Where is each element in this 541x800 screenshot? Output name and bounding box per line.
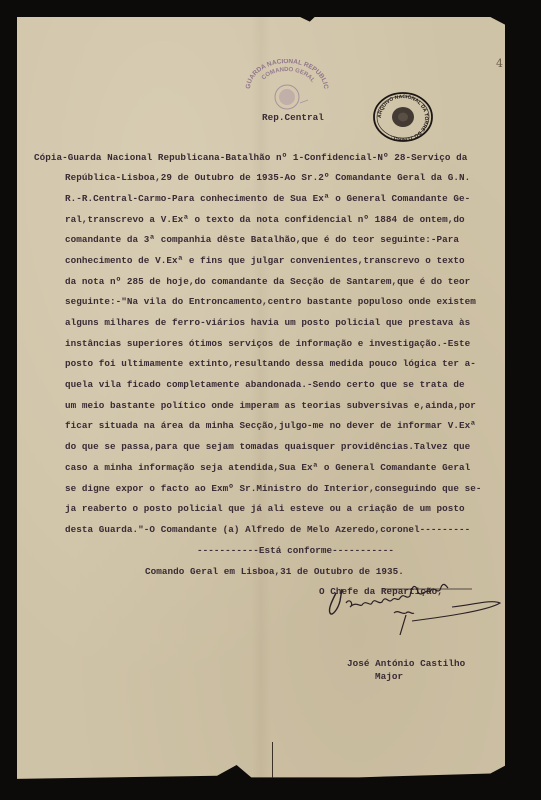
- paper-tear: [272, 742, 273, 800]
- handwritten-signature-icon: [322, 579, 507, 639]
- document-page: 4 GUARDA NACIONAL REPUBLICANA COMANDO GE…: [17, 17, 505, 785]
- body-line: comandante da 3ª companhia dêste Batalhã…: [65, 234, 459, 245]
- document-header: Rep.Central: [262, 112, 324, 123]
- conformity-line: -----------Está conforme-----------: [197, 545, 394, 556]
- body-line: caso a minha informação seja atendida,Su…: [65, 462, 470, 473]
- body-line: ja reaberto o posto policial que já ali …: [65, 503, 465, 514]
- body-line: do que se passa,para que sejam tomadas q…: [65, 441, 470, 452]
- signatory-name: José António Castilho: [347, 658, 465, 669]
- signatory-rank: Major: [375, 671, 403, 682]
- body-line: R.-R.Central-Carmo-Para conhecimento de …: [65, 193, 470, 204]
- body-line: desta Guarda."-O Comandante (a) Alfredo …: [65, 524, 470, 535]
- body-line: conhecimento de V.Exª e fins que julgar …: [65, 255, 465, 266]
- archive-stamp-icon: ARQUIVO NACIONAL DA TORRE DO TOMBO ·: [372, 90, 434, 142]
- page-number: 4: [496, 57, 503, 70]
- body-line: ficar situada na área da minha Secção,ju…: [65, 420, 476, 431]
- body-line: Cópia-Guarda Nacional Republicana-Batalh…: [34, 152, 467, 163]
- body-line: seguinte:-"Na vila do Entroncamento,cent…: [65, 296, 476, 307]
- place-and-date: Comando Geral em Lisboa,31 de Outubro de…: [145, 566, 404, 577]
- body-line: um meio bastante político onde imperam a…: [65, 400, 476, 411]
- body-line: posto foi ultimamente extinto,resultando…: [65, 358, 476, 369]
- body-line: instâncias superiores ótimos serviços de…: [65, 338, 470, 349]
- body-line: ral,transcrevo a V.Exª o texto da nota c…: [65, 214, 465, 225]
- body-line: quela vila ficado completamente abandona…: [65, 379, 465, 390]
- body-line: da nota nº 285 de hoje,do comandante da …: [65, 276, 470, 287]
- purple-official-stamp-icon: GUARDA NACIONAL REPUBLICANA COMANDO GERA…: [242, 59, 332, 111]
- body-line: República-Lisboa,29 de Outubro de 1935-A…: [65, 172, 470, 183]
- body-line: se digne expor o facto ao Exmº Sr.Minist…: [65, 483, 482, 494]
- body-line: alguns milhares de ferro-viários havia u…: [65, 317, 470, 328]
